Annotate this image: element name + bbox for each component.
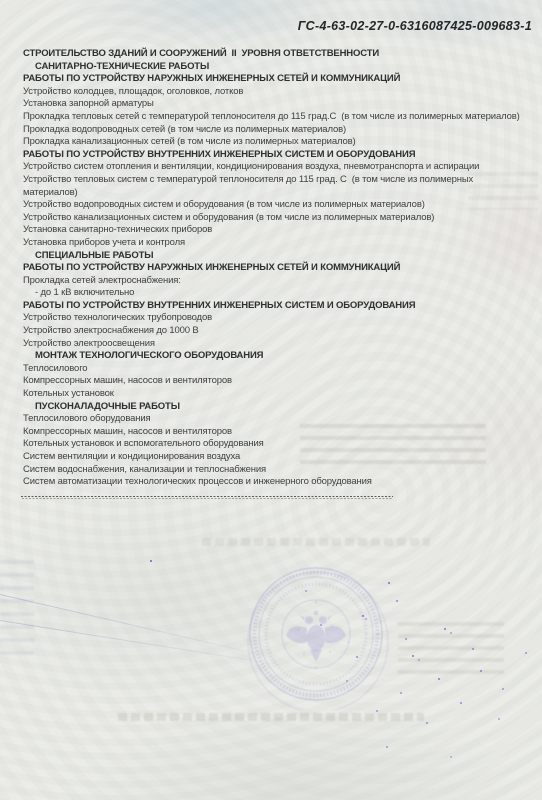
work-list: СТРОИТЕЛЬСТВО ЗДАНИЙ И СООРУЖЕНИЙ II УРО…: [23, 48, 529, 489]
work-item: Установка санитарно-технических приборов: [23, 224, 529, 237]
bleedthrough-artifact: [398, 622, 504, 674]
work-item: Теплосилового: [23, 363, 529, 376]
work-item: Установка запорной арматуры: [23, 98, 529, 111]
work-section-heading: РАБОТЫ ПО УСТРОЙСТВУ НАРУЖНЫХ ИНЖЕНЕРНЫХ…: [23, 262, 529, 275]
work-section-heading: ПУСКОНАЛАДОЧНЫЕ РАБОТЫ: [23, 401, 529, 414]
work-item: Устройство водопроводных систем и оборуд…: [23, 199, 529, 212]
work-item: Прокладка канализационных сетей (в том ч…: [23, 136, 529, 149]
work-item: Котельных установок: [23, 388, 529, 401]
ink-specks: [150, 560, 151, 561]
bleedthrough-artifact: [300, 424, 486, 464]
work-section-heading: СПЕЦИАЛЬНЫЕ РАБОТЫ: [23, 250, 529, 263]
work-section-heading: СТРОИТЕЛЬСТВО ЗДАНИЙ И СООРУЖЕНИЙ II УРО…: [23, 48, 529, 61]
work-section-heading: РАБОТЫ ПО УСТРОЙСТВУ ВНУТРЕННИХ ИНЖЕНЕРН…: [23, 149, 529, 162]
bleedthrough-artifact: [0, 560, 34, 656]
work-item: Устройство электроснабжения до 1000 В: [23, 325, 529, 338]
bleedthrough-artifact: [468, 172, 538, 210]
work-section-heading: САНИТАРНО-ТЕХНИЧЕСКИЕ РАБОТЫ: [23, 61, 529, 74]
work-item: Устройство тепловых систем с температуро…: [23, 174, 529, 199]
license-number: ГС-4-63-02-27-0-6316087425-009683-1: [298, 19, 532, 33]
work-item: Устройство технологических трубопроводов: [23, 312, 529, 325]
work-item: Устройство канализационных систем и обор…: [23, 212, 529, 225]
double-headed-eagle-icon: [286, 611, 346, 662]
work-item: Устройство систем отопления и вентиляции…: [23, 161, 529, 174]
work-item: Прокладка водопроводных сетей (в том чис…: [23, 124, 529, 137]
work-item: Установка приборов учета и контроля: [23, 237, 529, 250]
work-item: Устройство электроосвещения: [23, 338, 529, 351]
work-section-heading: РАБОТЫ ПО УСТРОЙСТВУ ВНУТРЕННИХ ИНЖЕНЕРН…: [23, 300, 529, 313]
work-item: Систем водоснабжения, канализации и тепл…: [23, 464, 529, 477]
work-item: Устройство колодцев, площадок, оголовков…: [23, 86, 529, 99]
bleedthrough-artifact: [202, 538, 430, 546]
dashed-separator: [21, 496, 393, 499]
seal-graphic: [240, 558, 392, 710]
work-section-heading: МОНТАЖ ТЕХНОЛОГИЧЕСКОГО ОБОРУДОВАНИЯ: [23, 350, 529, 363]
work-item: Систем автоматизации технологических про…: [23, 476, 529, 489]
work-section-heading: РАБОТЫ ПО УСТРОЙСТВУ НАРУЖНЫХ ИНЖЕНЕРНЫХ…: [23, 73, 529, 86]
work-item: Прокладка тепловых сетей с температурой …: [23, 111, 529, 124]
work-item: Компрессорных машин, насосов и вентилято…: [23, 375, 529, 388]
document-page: ГС-4-63-02-27-0-6316087425-009683-1 СТРО…: [0, 0, 542, 800]
work-item: Прокладка сетей электроснабжения:: [23, 275, 529, 288]
round-seal-stamp: [240, 558, 392, 710]
work-item: - до 1 кВ включительно: [23, 287, 529, 300]
bleedthrough-artifact: [118, 713, 424, 721]
